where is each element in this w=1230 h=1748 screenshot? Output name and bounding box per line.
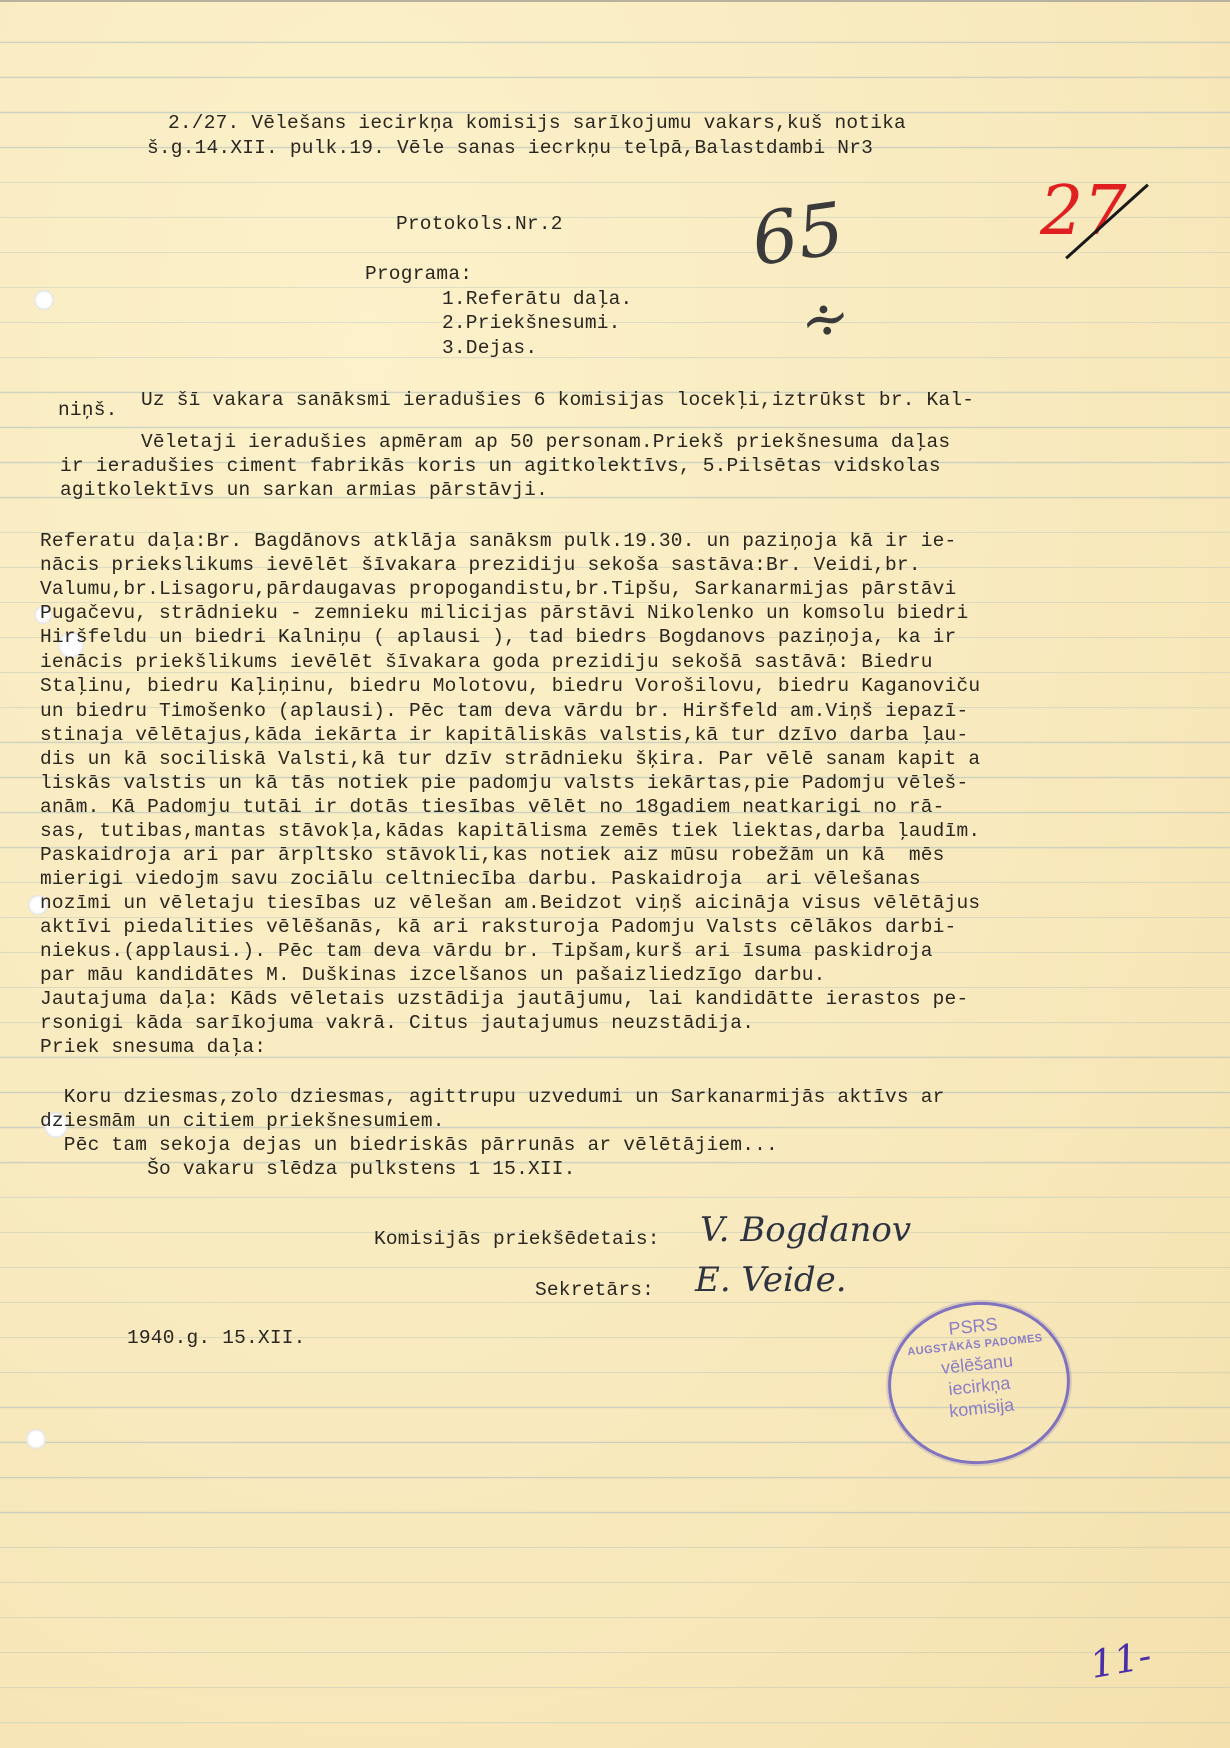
program-label: Programa: [365, 264, 472, 284]
body-line: liskās valstis un kā tās notiek pie pado… [40, 773, 968, 793]
body-line: rsonigi kāda sarīkojuma vakrā. Citus jau… [40, 1013, 754, 1033]
body-line: stinaja vēlētajus,kāda iekārta ir kapitā… [40, 725, 968, 745]
document-date: 1940.g. 15.XII. [127, 1328, 306, 1348]
body-line: Pugačevu, strādnieku - zemnieku milicija… [40, 603, 968, 623]
attendance-line-4: agitkolektīvs un sarkan armias pārstāvji… [60, 480, 548, 500]
body-line: Hiršfeldu un biedri Kalniņu ( aplausi ),… [40, 627, 956, 647]
punch-hole [26, 1429, 46, 1449]
body-line: ienācis priekšlikums ievēlēt šīvakara go… [40, 652, 933, 672]
body-line: Pēc tam sekoja dejas un biedriskās pārru… [40, 1135, 778, 1155]
body-line: niekus.(applausi.). Pēc tam deva vārdu b… [40, 941, 933, 961]
program-item-2: 2.Priekšnesumi. [442, 313, 621, 333]
chair-label: Komisijās priekšēdetais: [374, 1229, 660, 1249]
official-stamp: PSRS AUGSTĀKĀS PADOMES vēlēšanu iecirkņa… [880, 1293, 1078, 1473]
folio-number: 11- [1087, 1633, 1155, 1687]
body-line: nācis priekslikums ievēlēt šīvakara prez… [40, 555, 921, 575]
secretary-signature: E. Veide. [695, 1260, 847, 1300]
pencil-scribble-mark: ∻ [794, 280, 856, 358]
body-line: nozīmi un vēletaju tiesības uz vēlešan a… [40, 893, 980, 913]
header-line-2: š.g.14.XII. pulk.19. Vēle sanas iecrkņu … [147, 138, 873, 158]
body-line: un biedru Timošenko (aplausi). Pēc tam d… [40, 701, 968, 721]
punch-hole [34, 290, 54, 310]
body-line: Valumu,br.Lisagoru,pārdaugavas propogand… [40, 579, 956, 599]
chair-signature: V. Bogdanov [700, 1210, 911, 1250]
pencil-number-annotation: 65 [747, 186, 849, 282]
header-line-1: 2./27. Vēlešans iecirkņa komisijs sarīko… [168, 113, 906, 133]
body-line: Referatu daļa:Br. Bagdānovs atklāja sanā… [40, 531, 956, 551]
body-line: Staļinu, biedru Kaļiņinu, biedru Molotov… [40, 676, 980, 696]
body-line: Jautajuma daļa: Kāds vēletais uzstādija … [40, 989, 968, 1009]
body-line: dis un kā sociliskā Valsti,kā tur dzīv s… [40, 749, 980, 769]
body-line: dziesmām un citiem priekšnesumiem. [40, 1111, 445, 1131]
body-line: Priek snesuma daļa: [40, 1037, 266, 1057]
body-line: sas, tutibas,mantas stāvokļa,kādas kapit… [40, 821, 980, 841]
attendance-line-3: ir ieradušies ciment fabrikās koris un a… [60, 456, 941, 476]
document-page: 2./27. Vēlešans iecirkņa komisijs sarīko… [0, 0, 1230, 1748]
body-line: anām. Kā Padomju tutāi ir dotās tiesības… [40, 797, 945, 817]
program-item-1: 1.Referātu daļa. [442, 289, 632, 309]
body-line: Koru dziesmas,zolo dziesmas, agittrupu u… [40, 1087, 945, 1107]
body-line: aktīvi piedalities vēlēšanās, kā ari rak… [40, 917, 956, 937]
secretary-label: Sekretārs: [535, 1280, 654, 1300]
body-line: Šo vakaru slēdza pulkstens 1 15.XII. [40, 1159, 576, 1179]
body-line: mierigi viedojm savu zociālu celtniecība… [40, 869, 921, 889]
attendance-line-1-wrap: niņš. [58, 400, 118, 420]
program-item-3: 3.Dejas. [442, 338, 537, 358]
body-line: par māu kandidātes M. Duškinas izcelšano… [40, 965, 826, 985]
document-title: Protokols.Nr.2 [396, 214, 563, 234]
attendance-line-2: Vēletaji ieradušies apmēram ap 50 person… [141, 432, 950, 452]
attendance-line-1: Uz šī vakara sanāksmi ieradušies 6 komis… [141, 390, 974, 410]
body-line: Paskaidroja ari par ārpltsko stāvokli,ka… [40, 845, 945, 865]
